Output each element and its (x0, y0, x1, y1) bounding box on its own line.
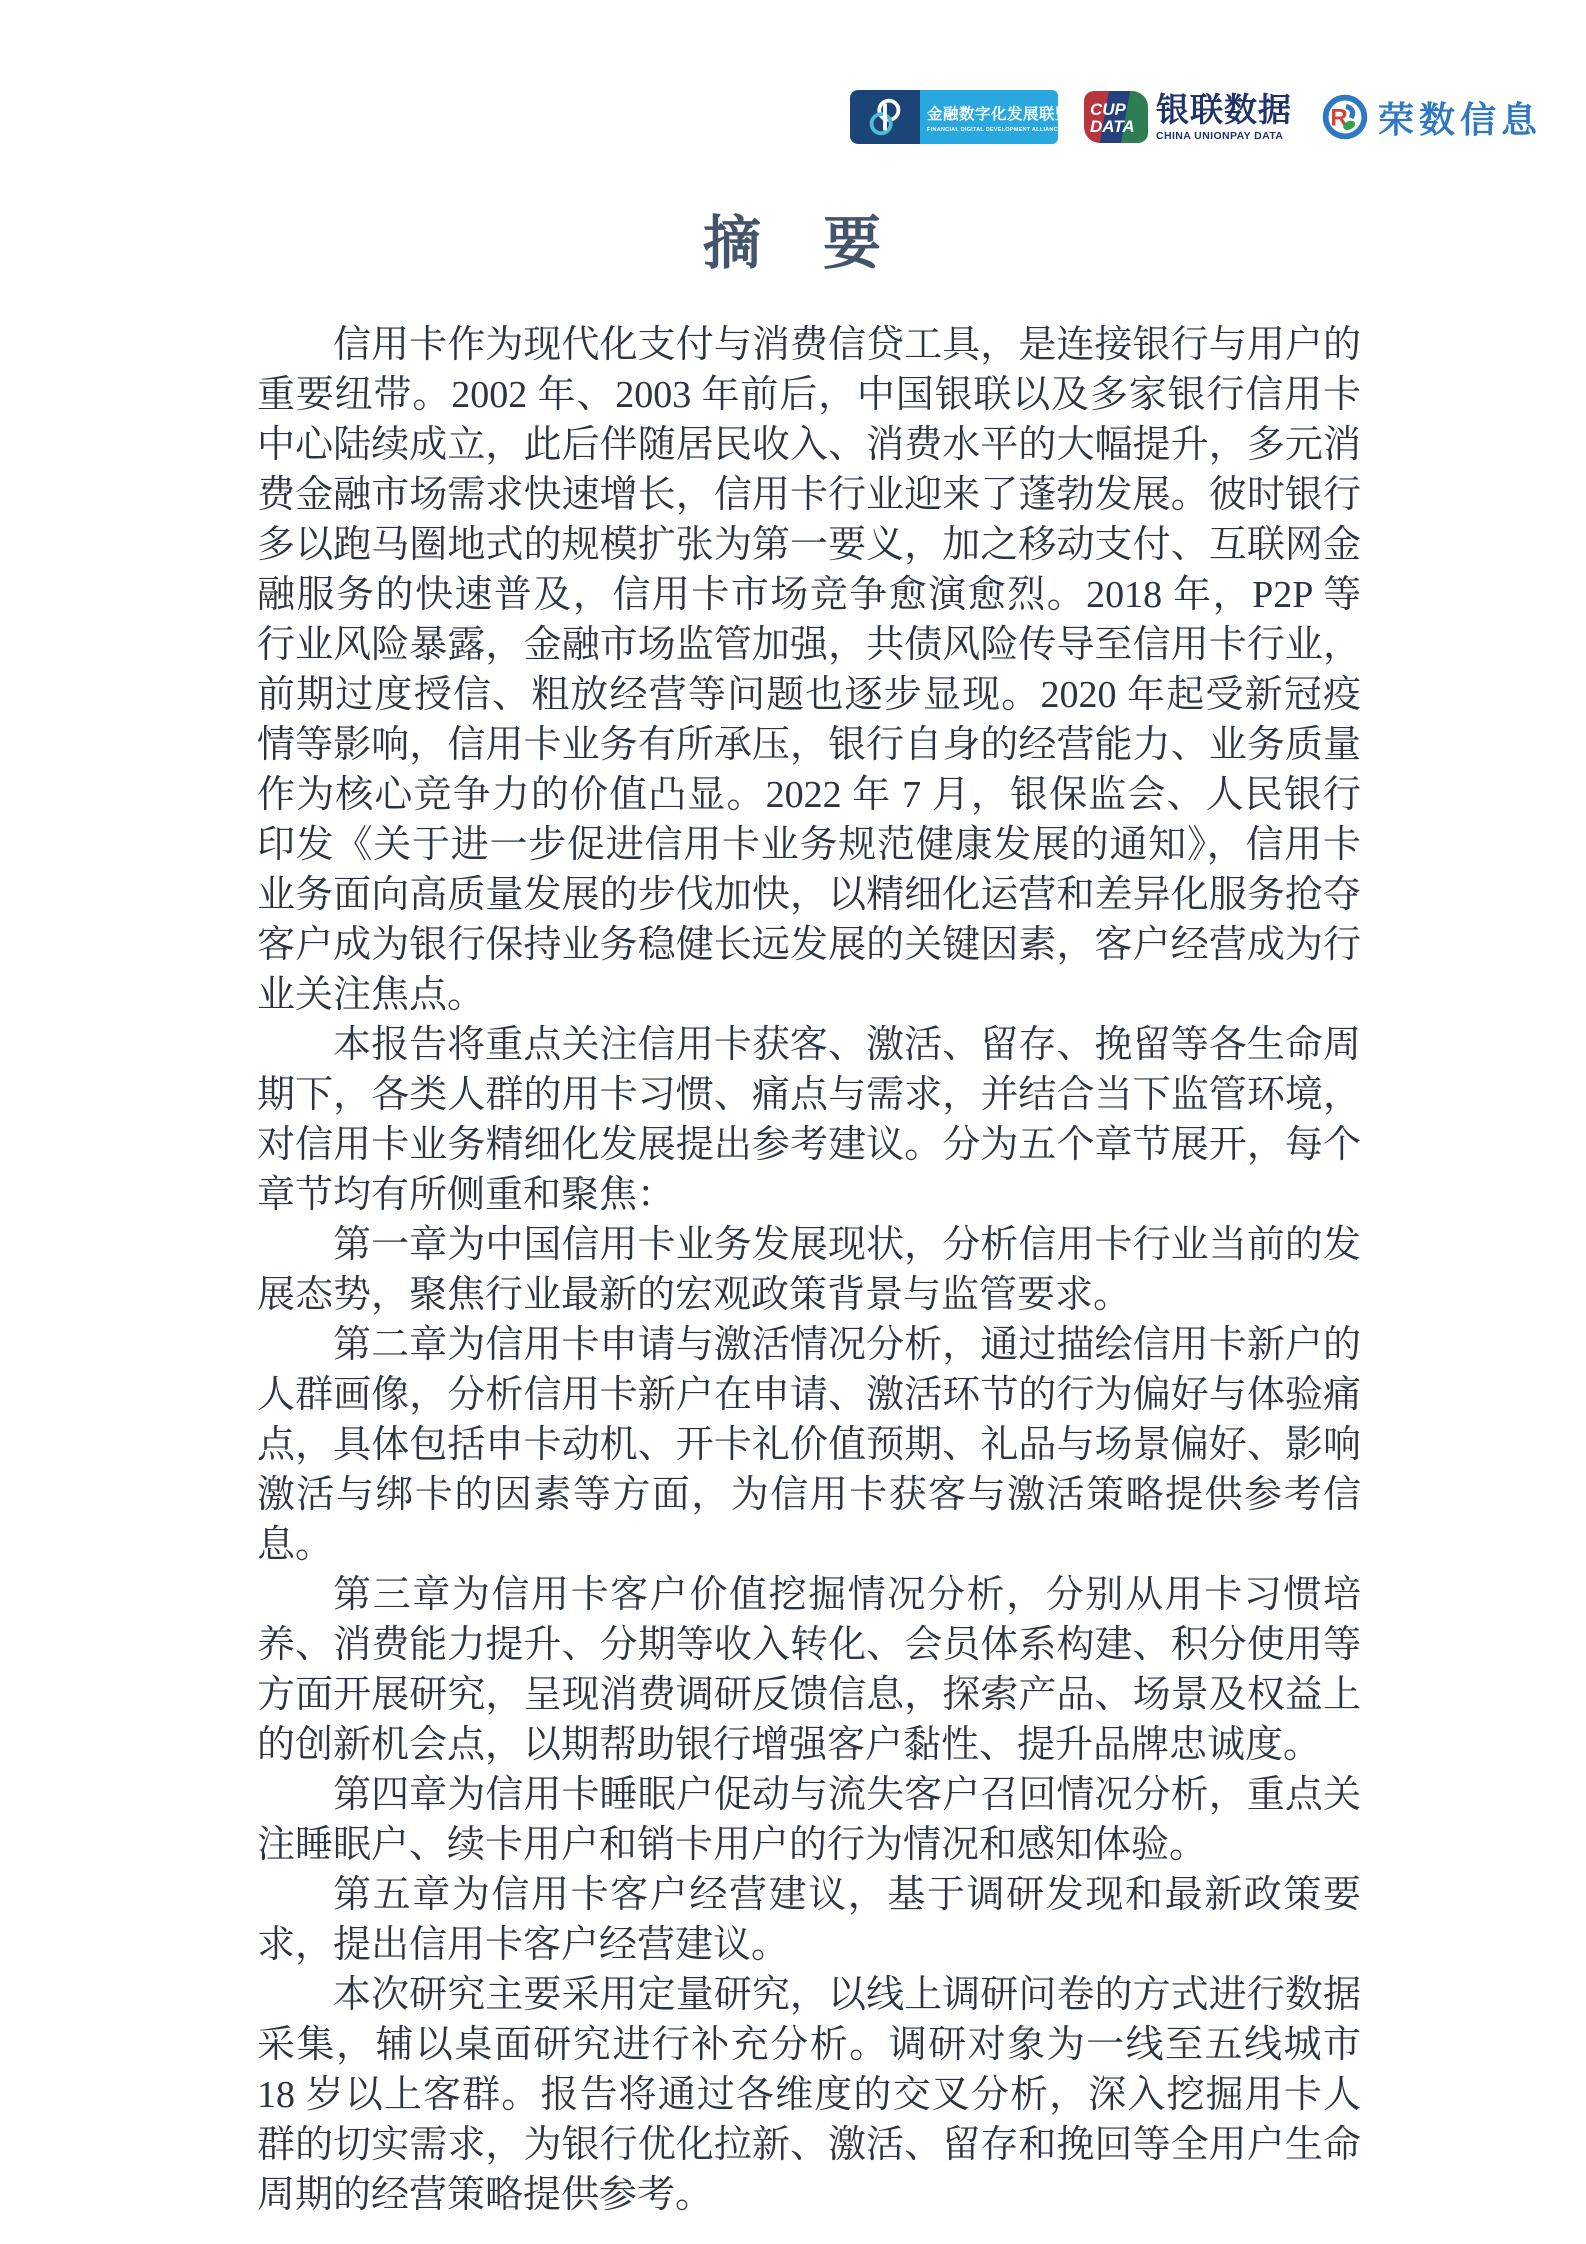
fdda-monogram-glyph (862, 94, 908, 140)
logo-strip: 金融数字化发展联盟 FINANCIAL DIGITAL DEVELOPMENT … (850, 88, 1542, 146)
paragraph-4: 第二章为信用卡申请与激活情况分析，通过描绘信用卡新户的人群画像，分析信用卡新户在… (257, 1320, 1361, 1570)
abstract-body: 信用卡作为现代化支付与消费信贷工具，是连接银行与用户的重要纽带。2002 年、2… (257, 320, 1361, 2220)
cup-data-shield-icon: CUP DATA (1084, 91, 1148, 143)
unionpay-data-name-en: CHINA UNIONPAY DATA (1156, 130, 1292, 142)
rongshu-name-cn: 荣数信息 (1378, 92, 1542, 143)
cup-shield-line1: CUP (1090, 101, 1148, 118)
report-abstract-page: 金融数字化发展联盟 FINANCIAL DIGITAL DEVELOPMENT … (0, 0, 1586, 2244)
fdda-name-en: FINANCIAL DIGITAL DEVELOPMENT ALLIANCE (927, 127, 1058, 133)
fdda-logo: 金融数字化发展联盟 FINANCIAL DIGITAL DEVELOPMENT … (850, 90, 1058, 144)
unionpay-data-logo: CUP DATA 银联数据 CHINA UNIONPAY DATA (1084, 91, 1292, 143)
rongshu-rs-icon: R (1322, 94, 1368, 140)
paragraph-8: 本次研究主要采用定量研究，以线上调研问卷的方式进行数据采集，辅以桌面研究进行补充… (257, 1970, 1361, 2220)
rongshu-logo: R 荣数信息 (1322, 92, 1542, 143)
fdda-text-band: 金融数字化发展联盟 FINANCIAL DIGITAL DEVELOPMENT … (920, 90, 1058, 144)
paragraph-7: 第五章为信用卡客户经营建议，基于调研发现和最新政策要求，提出信用卡客户经营建议。 (257, 1870, 1361, 1970)
paragraph-1: 信用卡作为现代化支付与消费信贷工具，是连接银行与用户的重要纽带。2002 年、2… (257, 320, 1361, 1020)
paragraph-5: 第三章为信用卡客户价值挖掘情况分析，分别从用卡习惯培养、消费能力提升、分期等收入… (257, 1570, 1361, 1770)
paragraph-3: 第一章为中国信用卡业务发展现状，分析信用卡行业当前的发展态势，聚焦行业最新的宏观… (257, 1220, 1361, 1320)
page-title: 摘 要 (0, 196, 1586, 280)
paragraph-6: 第四章为信用卡睡眠户促动与流失客户召回情况分析，重点关注睡眠户、续卡用户和销卡用… (257, 1770, 1361, 1870)
fdda-monogram-icon (850, 90, 920, 144)
paragraph-2: 本报告将重点关注信用卡获客、激活、留存、挽留等各生命周期下，各类人群的用卡习惯、… (257, 1020, 1361, 1220)
fdda-name-cn: 金融数字化发展联盟 (927, 102, 1058, 124)
unionpay-data-text: 银联数据 CHINA UNIONPAY DATA (1156, 93, 1292, 142)
cup-shield-line2: DATA (1090, 118, 1148, 135)
unionpay-data-name-cn: 银联数据 (1156, 93, 1292, 127)
